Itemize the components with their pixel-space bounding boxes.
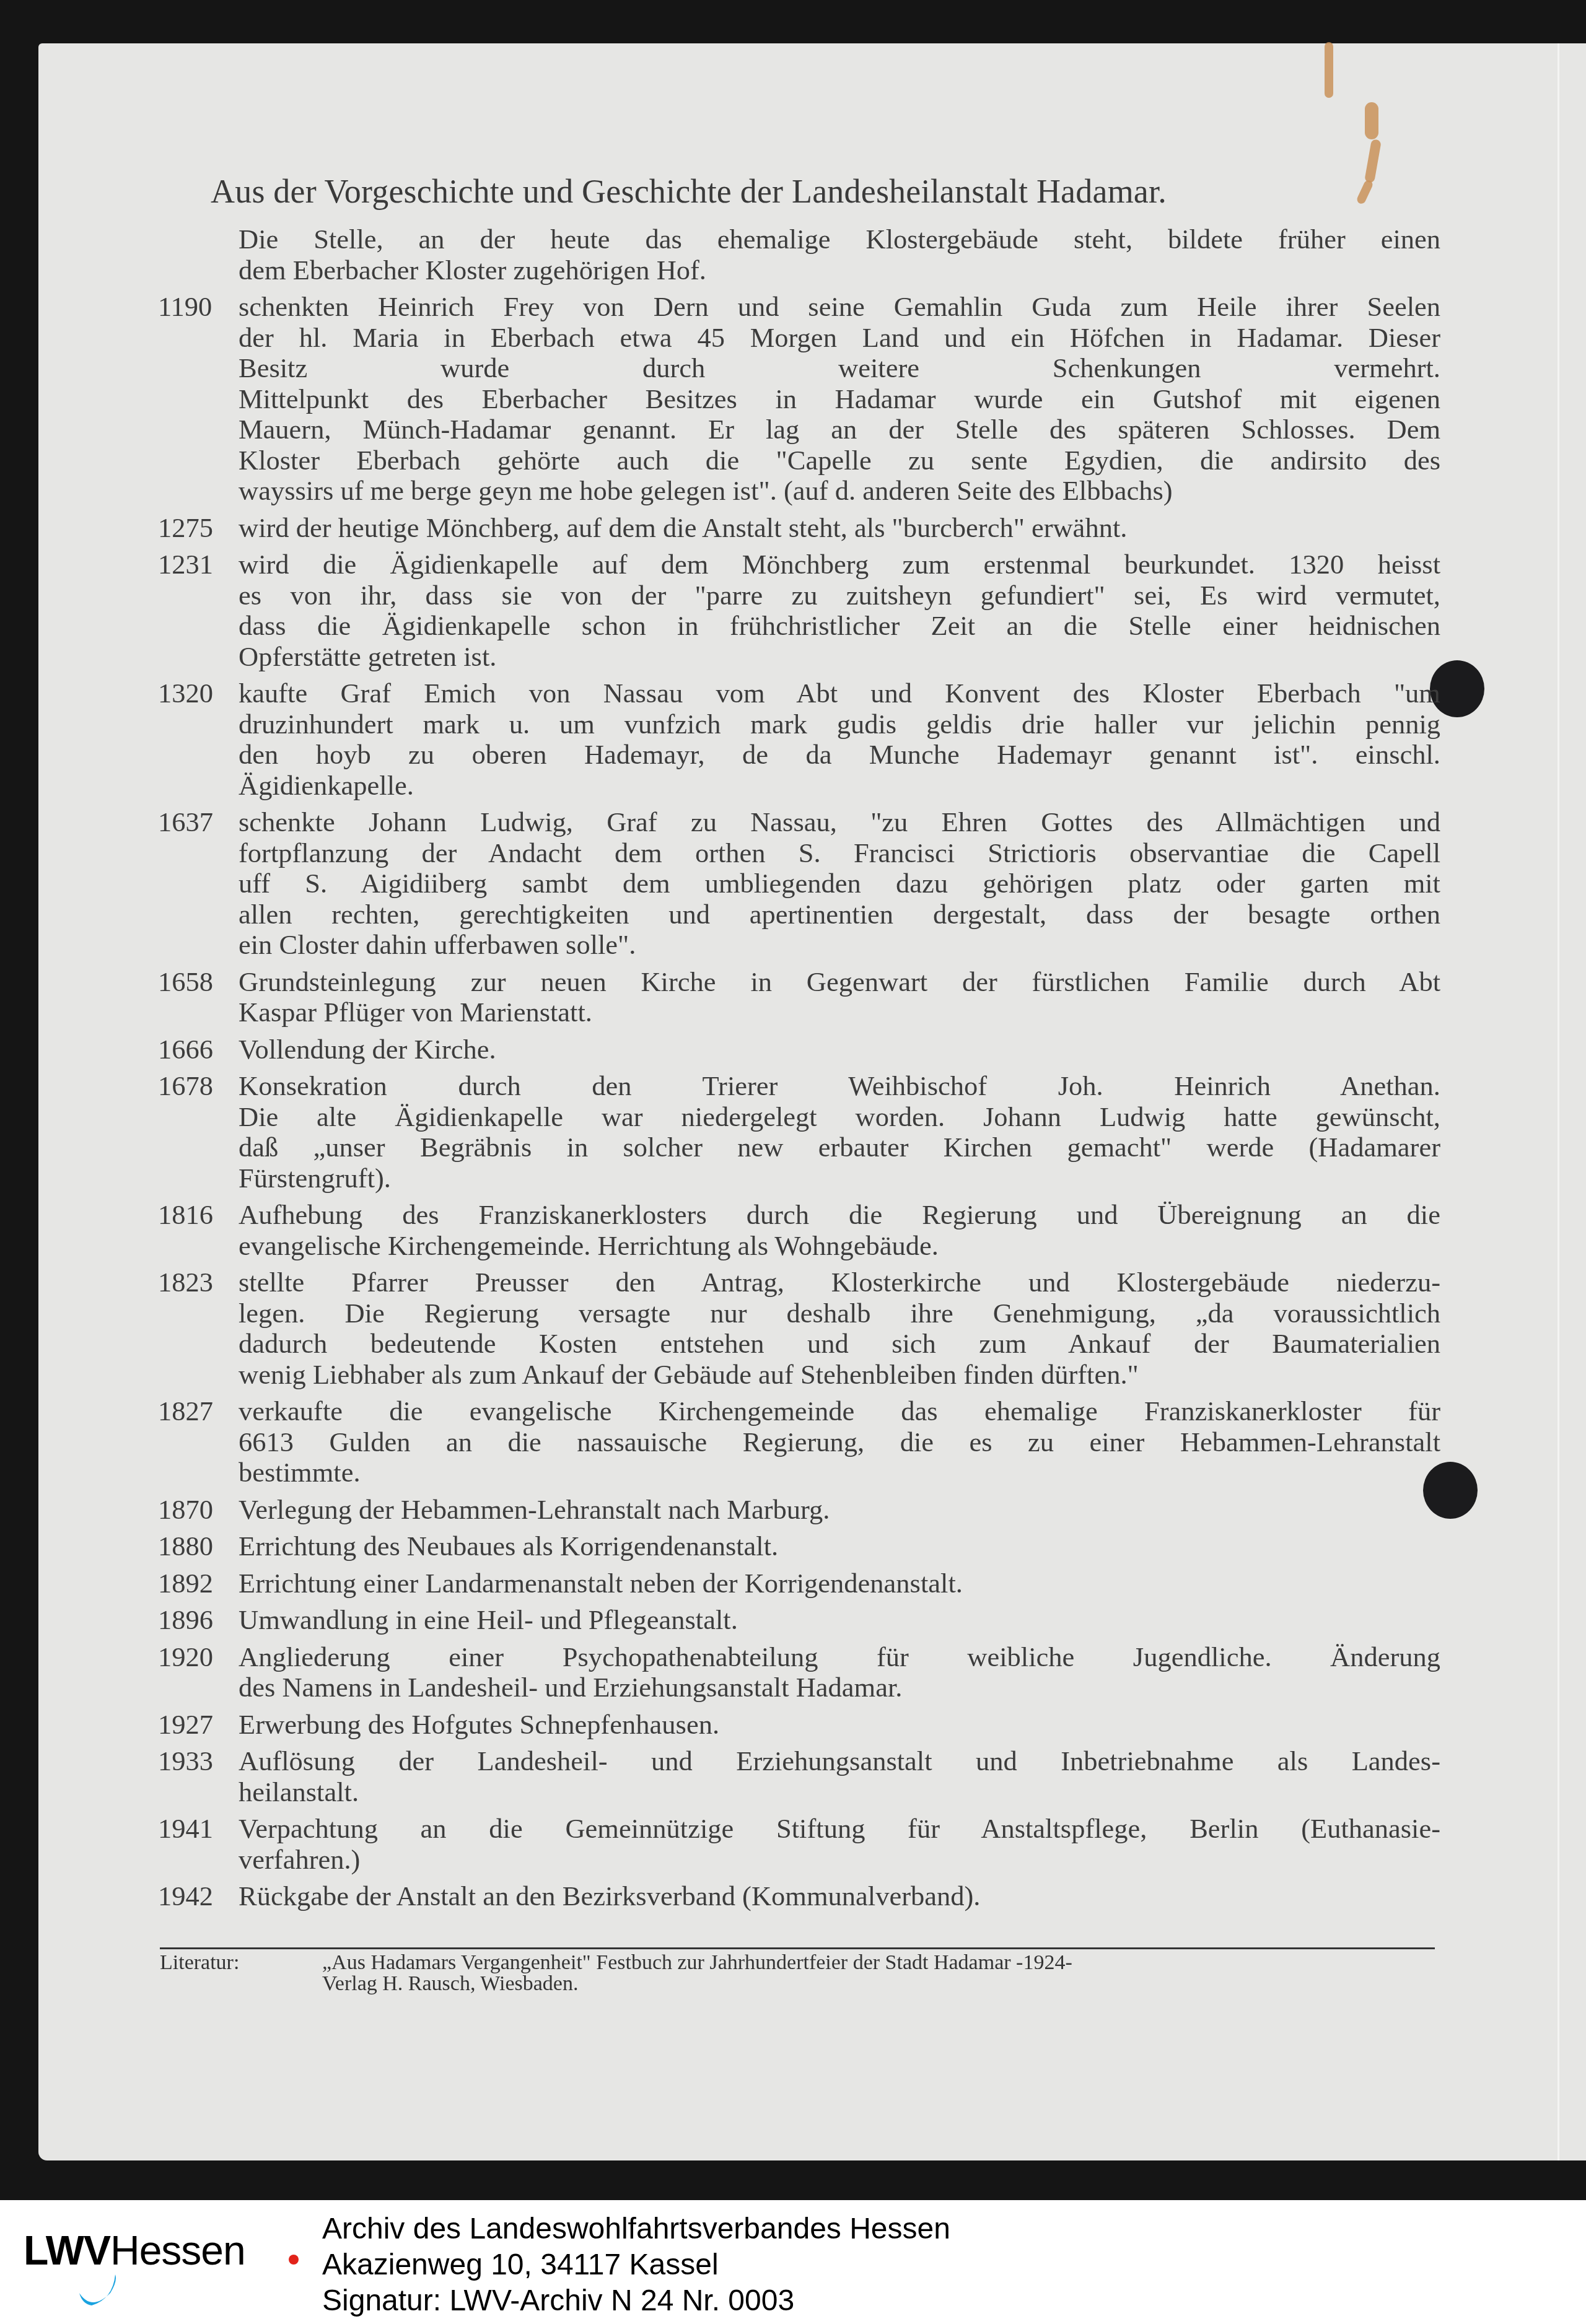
entry-line: Opferstätte getreten ist.	[239, 642, 1440, 673]
entry-line: Mauern, Münch-Hadamar genannt. Er lag an…	[239, 414, 1440, 445]
entry-text: Auflösung der Landesheil- und Erziehungs…	[239, 1746, 1440, 1807]
intro-paragraph: Die Stelle, an der heute das ehemalige K…	[239, 224, 1440, 286]
entry-text: Errichtung einer Landarmenanstalt neben …	[239, 1568, 1440, 1599]
entry-line: Mittelpunkt des Eberbacher Besitzes in H…	[239, 384, 1440, 415]
archive-name: Archiv des Landeswohlfahrtsverbandes Hes…	[322, 2211, 950, 2247]
entry-line: wayssirs uf me berge geyn me hobe gelege…	[239, 476, 1440, 507]
archive-signature: Signatur: LWV-Archiv N 24 Nr. 0003	[322, 2283, 950, 2319]
entry-line: Auflösung der Landesheil- und Erziehungs…	[239, 1746, 1440, 1777]
entry-line: des Namens in Landesheil- und Erziehungs…	[239, 1672, 1440, 1703]
entry-text: schenkten Heinrich Frey von Dern und sei…	[239, 292, 1440, 507]
literature-reference: Literatur: „Aus Hadamars Vergangenheit" …	[160, 1952, 1436, 1994]
chronology-entry: 1920Angliederung einer Psychopathenabtei…	[158, 1642, 1440, 1703]
literature-label: Literatur:	[160, 1952, 322, 1994]
chronology-entry: 1275wird der heutige Mönchberg, auf dem …	[158, 513, 1440, 544]
chronology-entry: 1896Umwandlung in eine Heil- und Pflegea…	[158, 1605, 1440, 1636]
entry-year: 1666	[158, 1034, 239, 1065]
entry-line: 6613 Gulden an die nassauische Regierung…	[239, 1427, 1440, 1458]
chronology-entry: 1942Rückgabe der Anstalt an den Bezirksv…	[158, 1881, 1440, 1912]
entry-year: 1320	[158, 678, 239, 801]
entry-line: evangelische Kirchengemeinde. Herrichtun…	[239, 1231, 1440, 1262]
entry-year: 1637	[158, 807, 239, 961]
lwv-hessen-logo: LWVHessen	[24, 2222, 296, 2315]
entry-line: Die alte Ägidienkapelle war niedergelegt…	[239, 1102, 1440, 1133]
chronology-entry: 1941Verpachtung an die Gemeinnützige Sti…	[158, 1814, 1440, 1875]
entry-text: Verlegung der Hebammen-Lehranstalt nach …	[239, 1495, 1440, 1526]
entry-text: Angliederung einer Psychopathenabteilung…	[239, 1642, 1440, 1703]
entry-line: uff S. Aigidiiberg sambt dem umbliegende…	[239, 868, 1440, 899]
chronology-entry: 1892Errichtung einer Landarmenanstalt ne…	[158, 1568, 1440, 1599]
literature-text: „Aus Hadamars Vergangenheit" Festbuch zu…	[322, 1952, 1436, 1994]
chronology-entry: 1933Auflösung der Landesheil- und Erzieh…	[158, 1746, 1440, 1807]
paper-fold-line	[1558, 43, 1559, 2160]
entry-text: stellte Pfarrer Preusser den Antrag, Klo…	[239, 1267, 1440, 1390]
entry-line: schenkte Johann Ludwig, Graf zu Nassau, …	[239, 807, 1440, 838]
entry-year: 1896	[158, 1605, 239, 1636]
entry-year: 1823	[158, 1267, 239, 1390]
entry-year: 1816	[158, 1200, 239, 1261]
chronology-entry: 1823stellte Pfarrer Preusser den Antrag,…	[158, 1267, 1440, 1390]
entry-line: der hl. Maria in Eberbach etwa 45 Morgen…	[239, 323, 1440, 354]
entry-line: fortpflanzung der Andacht dem orthen S. …	[239, 838, 1440, 869]
entry-year: 1920	[158, 1642, 239, 1703]
chronology-entries: 1190schenkten Heinrich Frey von Dern und…	[158, 292, 1440, 1912]
entry-line: schenkten Heinrich Frey von Dern und sei…	[239, 292, 1440, 323]
logo-red-dot-icon	[289, 2255, 299, 2265]
entry-line: Aufhebung des Franziskanerklosters durch…	[239, 1200, 1440, 1231]
chronology-entry: 1190schenkten Heinrich Frey von Dern und…	[158, 292, 1440, 507]
entry-line: Kaspar Pflüger von Marienstatt.	[239, 997, 1440, 1028]
chronology-entry: 1827verkaufte die evangelische Kirchenge…	[158, 1396, 1440, 1488]
entry-year: 1933	[158, 1746, 239, 1807]
entry-line: druzinhundert mark u. um vunfzich mark g…	[239, 709, 1440, 740]
rust-stain	[1365, 102, 1378, 139]
entry-line: legen. Die Regierung versagte nur deshal…	[239, 1298, 1440, 1329]
entry-line: allen rechten, gerechtigkeiten und apert…	[239, 899, 1440, 930]
chronology-entry: 1870Verlegung der Hebammen-Lehranstalt n…	[158, 1495, 1440, 1526]
logo-light-text: Hessen	[110, 2227, 245, 2273]
entry-text: Errichtung des Neubaues als Korrigendena…	[239, 1531, 1440, 1562]
entry-text: Erwerbung des Hofgutes Schnepfenhausen.	[239, 1710, 1440, 1741]
archive-address: Akazienweg 10, 34117 Kassel	[322, 2247, 950, 2283]
entry-line: wird die Ägidienkapelle auf dem Mönchber…	[239, 549, 1440, 580]
entry-line: verkaufte die evangelische Kirchengemein…	[239, 1396, 1440, 1427]
entry-line: ein Closter dahin ufferbawen solle".	[239, 930, 1440, 961]
entry-line: dass die Ägidienkapelle schon in frühchr…	[239, 611, 1440, 642]
entry-text: verkaufte die evangelische Kirchengemein…	[239, 1396, 1440, 1488]
entry-text: schenkte Johann Ludwig, Graf zu Nassau, …	[239, 807, 1440, 961]
entry-line: es von ihr, dass sie von der "parre zu z…	[239, 580, 1440, 611]
entry-line: Rückgabe der Anstalt an den Bezirksverba…	[239, 1881, 1440, 1912]
entry-text: Grundsteinlegung zur neuen Kirche in Geg…	[239, 967, 1440, 1028]
entry-line: Verlegung der Hebammen-Lehranstalt nach …	[239, 1495, 1440, 1526]
entry-line: Angliederung einer Psychopathenabteilung…	[239, 1642, 1440, 1673]
entry-line: wird der heutige Mönchberg, auf dem die …	[239, 513, 1440, 544]
chronology-entry: 1678Konsekration durch den Trierer Weihb…	[158, 1071, 1440, 1194]
entry-text: Verpachtung an die Gemeinnützige Stiftun…	[239, 1814, 1440, 1875]
rust-stain	[1325, 42, 1333, 98]
entry-line: dadurch bedeutende Kosten entstehen und …	[239, 1329, 1440, 1360]
entry-line: Verpachtung an die Gemeinnützige Stiftun…	[239, 1814, 1440, 1845]
entry-line: Erwerbung des Hofgutes Schnepfenhausen.	[239, 1710, 1440, 1741]
entry-line: heilanstalt.	[239, 1777, 1440, 1808]
intro-line: dem Eberbacher Kloster zugehörigen Hof.	[239, 255, 1440, 286]
entry-text: Aufhebung des Franziskanerklosters durch…	[239, 1200, 1440, 1261]
entry-year: 1275	[158, 513, 239, 544]
entry-line: bestimmte.	[239, 1457, 1440, 1488]
entry-year: 1941	[158, 1814, 239, 1875]
entry-text: wird der heutige Mönchberg, auf dem die …	[239, 513, 1440, 544]
entry-line: Ägidienkapelle.	[239, 771, 1440, 802]
entry-year: 1678	[158, 1071, 239, 1194]
archive-info: Archiv des Landeswohlfahrtsverbandes Hes…	[322, 2211, 950, 2319]
entry-year: 1892	[158, 1568, 239, 1599]
chronology-entry: 1880Errichtung des Neubaues als Korrigen…	[158, 1531, 1440, 1562]
chronology-entry: 1816Aufhebung des Franziskanerklosters d…	[158, 1200, 1440, 1261]
entry-line: stellte Pfarrer Preusser den Antrag, Klo…	[239, 1267, 1440, 1298]
entry-year: 1942	[158, 1881, 239, 1912]
footnote-rule	[160, 1947, 1435, 1949]
chronology-entry: 1231wird die Ägidienkapelle auf dem Mönc…	[158, 549, 1440, 672]
chronology-entry: 1927Erwerbung des Hofgutes Schnepfenhaus…	[158, 1710, 1440, 1741]
entry-year: 1870	[158, 1495, 239, 1526]
entry-line: wenig Liebhaber als zum Ankauf der Gebäu…	[239, 1360, 1440, 1391]
document-title: Aus der Vorgeschichte und Geschichte der…	[211, 172, 1425, 211]
entry-line: Kloster Eberbach gehörte auch die "Capel…	[239, 445, 1440, 476]
entry-text: Umwandlung in eine Heil- und Pflegeansta…	[239, 1605, 1440, 1636]
entry-year: 1190	[158, 292, 239, 507]
entry-line: Besitz wurde durch weitere Schenkungen v…	[239, 353, 1440, 384]
entry-line: Fürstengruft).	[239, 1163, 1440, 1194]
entry-line: Errichtung des Neubaues als Korrigendena…	[239, 1531, 1440, 1562]
entry-line: Vollendung der Kirche.	[239, 1034, 1440, 1065]
logo-swoosh-icon	[48, 2256, 116, 2318]
entry-text: Vollendung der Kirche.	[239, 1034, 1440, 1065]
literature-line: Verlag H. Rausch, Wiesbaden.	[322, 1973, 1436, 1994]
intro-line: Die Stelle, an der heute das ehemalige K…	[239, 224, 1440, 255]
literature-line: „Aus Hadamars Vergangenheit" Festbuch zu…	[322, 1952, 1436, 1973]
entry-line: daß „unser Begräbnis in solcher new erba…	[239, 1132, 1440, 1163]
entry-text: wird die Ägidienkapelle auf dem Mönchber…	[239, 549, 1440, 672]
entry-line: Grundsteinlegung zur neuen Kirche in Geg…	[239, 967, 1440, 998]
entry-line: kaufte Graf Emich von Nassau vom Abt und…	[239, 678, 1440, 709]
chronology-entry: 1320kaufte Graf Emich von Nassau vom Abt…	[158, 678, 1440, 801]
entry-line: Umwandlung in eine Heil- und Pflegeansta…	[239, 1605, 1440, 1636]
entry-year: 1231	[158, 549, 239, 672]
entry-year: 1827	[158, 1396, 239, 1488]
chronology-entry: 1658Grundsteinlegung zur neuen Kirche in…	[158, 967, 1440, 1028]
chronology-entry: 1637schenkte Johann Ludwig, Graf zu Nass…	[158, 807, 1440, 961]
entry-year: 1927	[158, 1710, 239, 1741]
entry-year: 1880	[158, 1531, 239, 1562]
entry-line: den hoyb zu oberen Hademayr, de da Munch…	[239, 740, 1440, 771]
entry-text: Rückgabe der Anstalt an den Bezirksverba…	[239, 1881, 1440, 1912]
entry-text: Konsekration durch den Trierer Weihbisch…	[239, 1071, 1440, 1194]
entry-line: Errichtung einer Landarmenanstalt neben …	[239, 1568, 1440, 1599]
entry-line: Konsekration durch den Trierer Weihbisch…	[239, 1071, 1440, 1102]
entry-year: 1658	[158, 967, 239, 1028]
entry-text: kaufte Graf Emich von Nassau vom Abt und…	[239, 678, 1440, 801]
chronology: Die Stelle, an der heute das ehemalige K…	[158, 224, 1440, 1912]
chronology-entry: 1666Vollendung der Kirche.	[158, 1034, 1440, 1065]
entry-line: verfahren.)	[239, 1845, 1440, 1876]
